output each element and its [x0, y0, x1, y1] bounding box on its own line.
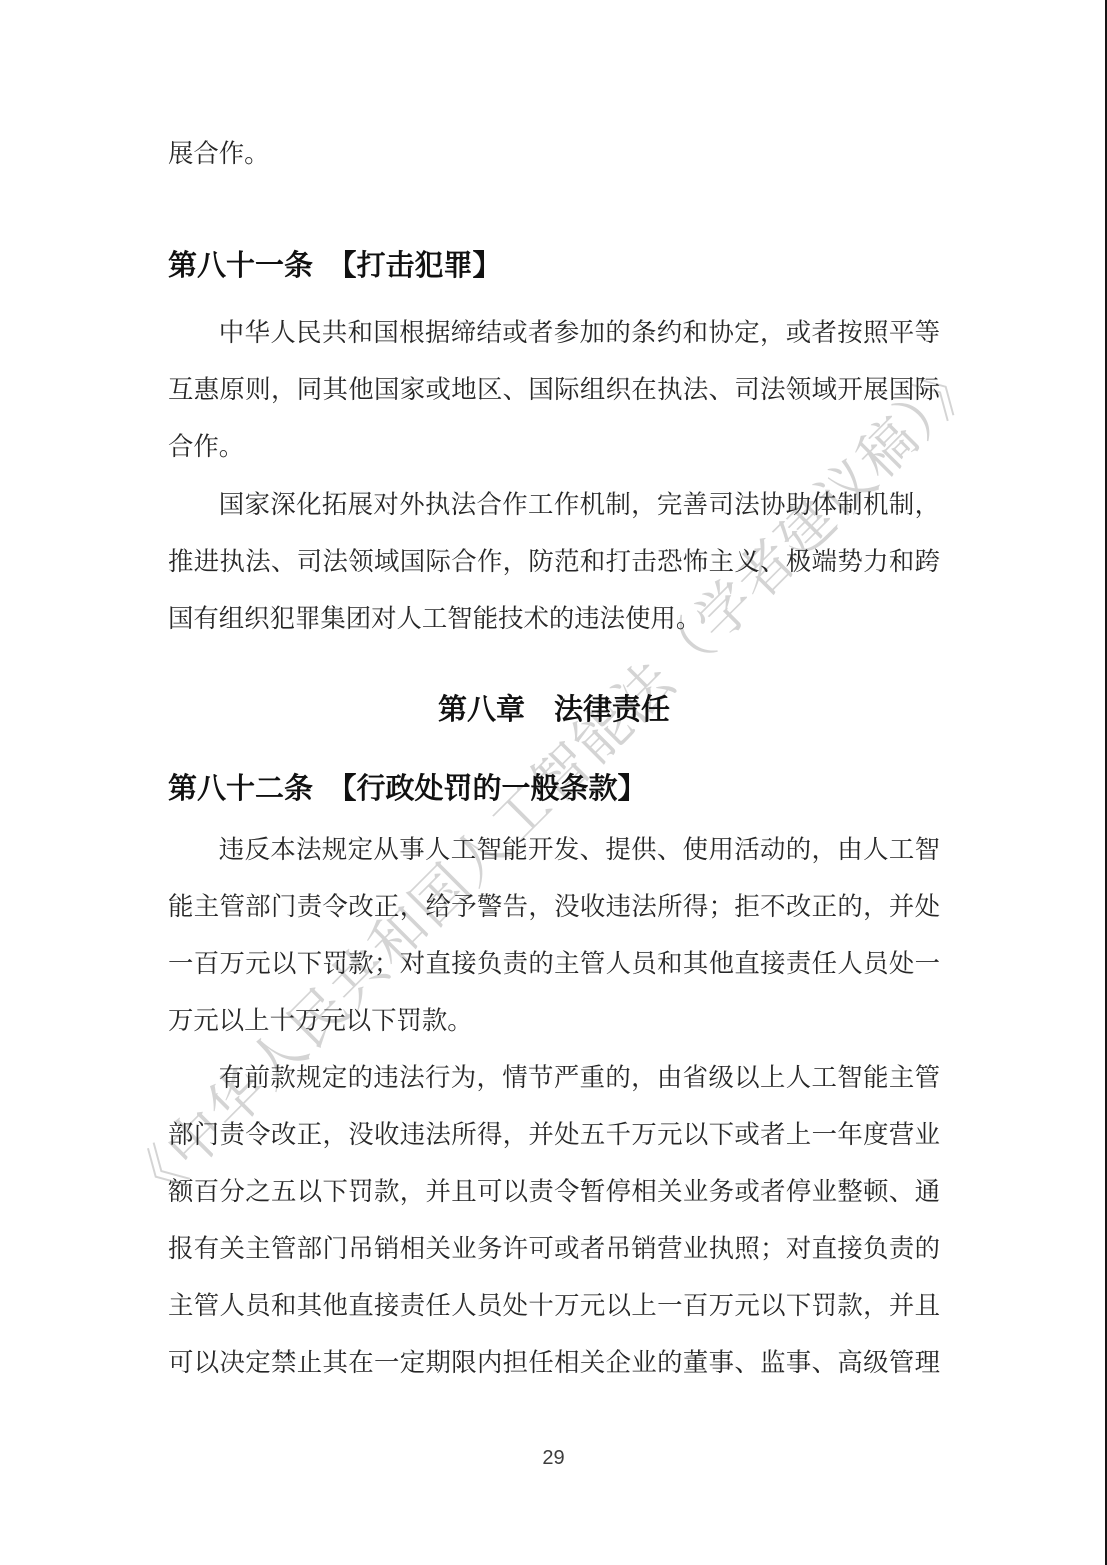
chapter-8-heading: 第八章 法律责任 [168, 682, 940, 739]
article-82-paragraph-2: 有前款规定的违法行为，情节严重的，由省级以上人工智能主管 部门责令改正，没收违法… [168, 1050, 940, 1392]
text-line: 一百万元以下罚款；对直接负责的主管人员和其他直接责任人员处一 [168, 936, 940, 993]
text-line: 能主管部门责令改正，给予警告，没收违法所得；拒不改正的，并处 [168, 879, 940, 936]
text-line: 主管人员和其他直接责任人员处十万元以上一百万元以下罚款，并且 [168, 1278, 940, 1335]
article-82-paragraph-1: 违反本法规定从事人工智能开发、提供、使用活动的，由人工智 能主管部门责令改正，给… [168, 822, 940, 1050]
text-line: 中华人民共和国根据缔结或者参加的条约和协定，或者按照平等 [168, 305, 940, 362]
document-page: 《中华人民共和国人工智能法（学者建议稿）》 展合作。 第八十一条 【打击犯罪】 … [0, 0, 1107, 1565]
text-line: 有前款规定的违法行为，情节严重的，由省级以上人工智能主管 [168, 1050, 940, 1107]
text-line: 万元以上十万元以下罚款。 [168, 993, 940, 1050]
text-line: 国有组织犯罪集团对人工智能技术的违法使用。 [168, 591, 940, 648]
text-line: 部门责令改正，没收违法所得，并处五千万元以下或者上一年度营业 [168, 1107, 940, 1164]
text-line: 违反本法规定从事人工智能开发、提供、使用活动的，由人工智 [168, 822, 940, 879]
text-line: 展合作。 [168, 126, 940, 183]
page-number: 29 [0, 1447, 1107, 1470]
text-line: 推进执法、司法领域国际合作，防范和打击恐怖主义、极端势力和跨 [168, 534, 940, 591]
text-line: 额百分之五以下罚款，并且可以责令暂停相关业务或者停业整顿、通 [168, 1164, 940, 1221]
article-81-paragraph-2: 国家深化拓展对外执法合作工作机制，完善司法协助体制机制， 推进执法、司法领域国际… [168, 477, 940, 648]
text-line: 合作。 [168, 419, 940, 476]
text-line: 互惠原则，同其他国家或地区、国际组织在执法、司法领域开展国际 [168, 362, 940, 419]
article-81-heading: 第八十一条 【打击犯罪】 [168, 238, 940, 295]
text-line: 可以决定禁止其在一定期限内担任相关企业的董事、监事、高级管理 [168, 1335, 940, 1392]
text-line: 国家深化拓展对外执法合作工作机制，完善司法协助体制机制， [168, 477, 940, 534]
article-81-paragraph-1: 中华人民共和国根据缔结或者参加的条约和协定，或者按照平等 互惠原则，同其他国家或… [168, 305, 940, 476]
text-line: 报有关主管部门吊销相关业务许可或者吊销营业执照；对直接负责的 [168, 1221, 940, 1278]
paragraph-continuation: 展合作。 [168, 126, 940, 183]
article-82-heading: 第八十二条 【行政处罚的一般条款】 [168, 761, 940, 818]
